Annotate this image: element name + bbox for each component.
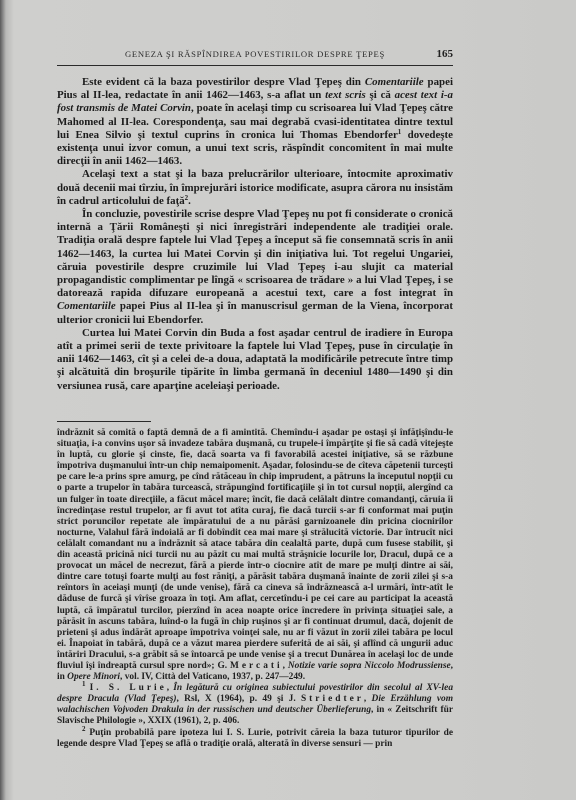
paragraph-3: În concluzie, povestirile scrise despre … (57, 208, 453, 327)
running-head: GENEZA ŞI RĂSPÎNDIREA POVESTIRILOR DESPR… (57, 48, 453, 66)
main-text: Este evident că la baza povestirilor des… (57, 76, 453, 393)
text-run: . (188, 195, 191, 207)
text-run: Puţin probabilă pare ipoteza lui I. S. L… (57, 728, 453, 749)
text-run: , (364, 694, 372, 704)
text-run: , Rsl, X (1964), p. 49 şi J. (177, 694, 301, 704)
paragraph-4: Curtea lui Matei Corvin din Buda a fost … (57, 327, 453, 393)
footnote-marker: 2 (82, 725, 86, 733)
author-name: Mercati (230, 661, 283, 671)
italic-title: Comentariile (365, 76, 424, 88)
footnotes: îndrăznit să comită o faptă demnă de a f… (57, 428, 453, 750)
text-run: îndrăznit să comită o faptă demnă de a f… (57, 428, 453, 671)
text-run: , vol. IV, Città del Vaticano, 1937, p. … (120, 672, 305, 682)
paragraph-1: Este evident că la baza povestirilor des… (57, 76, 453, 168)
text-run: Acelaşi text a stat şi la baza prelucrăr… (57, 168, 453, 206)
footnote-marker: 1 (82, 680, 86, 688)
italic-title: Opere Minori (67, 672, 120, 682)
author-name: I. S. Lurie (90, 683, 167, 693)
footnote-continuation: îndrăznit să comită o faptă demnă de a f… (57, 428, 453, 683)
text-run: Este evident că la baza povestirilor des… (82, 76, 365, 88)
scanned-book-page: GENEZA ŞI RĂSPÎNDIREA POVESTIRILOR DESPR… (0, 0, 576, 800)
italic-emphasis: text scris (325, 89, 366, 101)
paragraph-2: Acelaşi text a stat şi la baza prelucrăr… (57, 168, 453, 208)
italic-title: Comentariile (57, 300, 116, 312)
page-number: 165 (437, 48, 454, 60)
text-run: papei Pius al II-lea şi în manuscrisul g… (57, 300, 453, 325)
text-run: şi că (366, 89, 395, 101)
footnote-separator (57, 421, 151, 422)
footnote-2: 2 Puţin probabilă pare ipoteza lui I. S.… (57, 728, 453, 750)
running-head-title: GENEZA ŞI RĂSPÎNDIREA POVESTIRILOR DESPR… (125, 49, 385, 59)
text-run: Curtea lui Matei Corvin din Buda a fost … (57, 327, 453, 392)
italic-title: Notizie varie sopra Niccolo Modrussiense (288, 661, 451, 671)
author-name: Striedter (301, 694, 364, 704)
footnote-1: 1 I. S. Lurie, În legătură cu originea s… (57, 683, 453, 727)
text-run: În concluzie, povestirile scrise despre … (57, 208, 453, 299)
